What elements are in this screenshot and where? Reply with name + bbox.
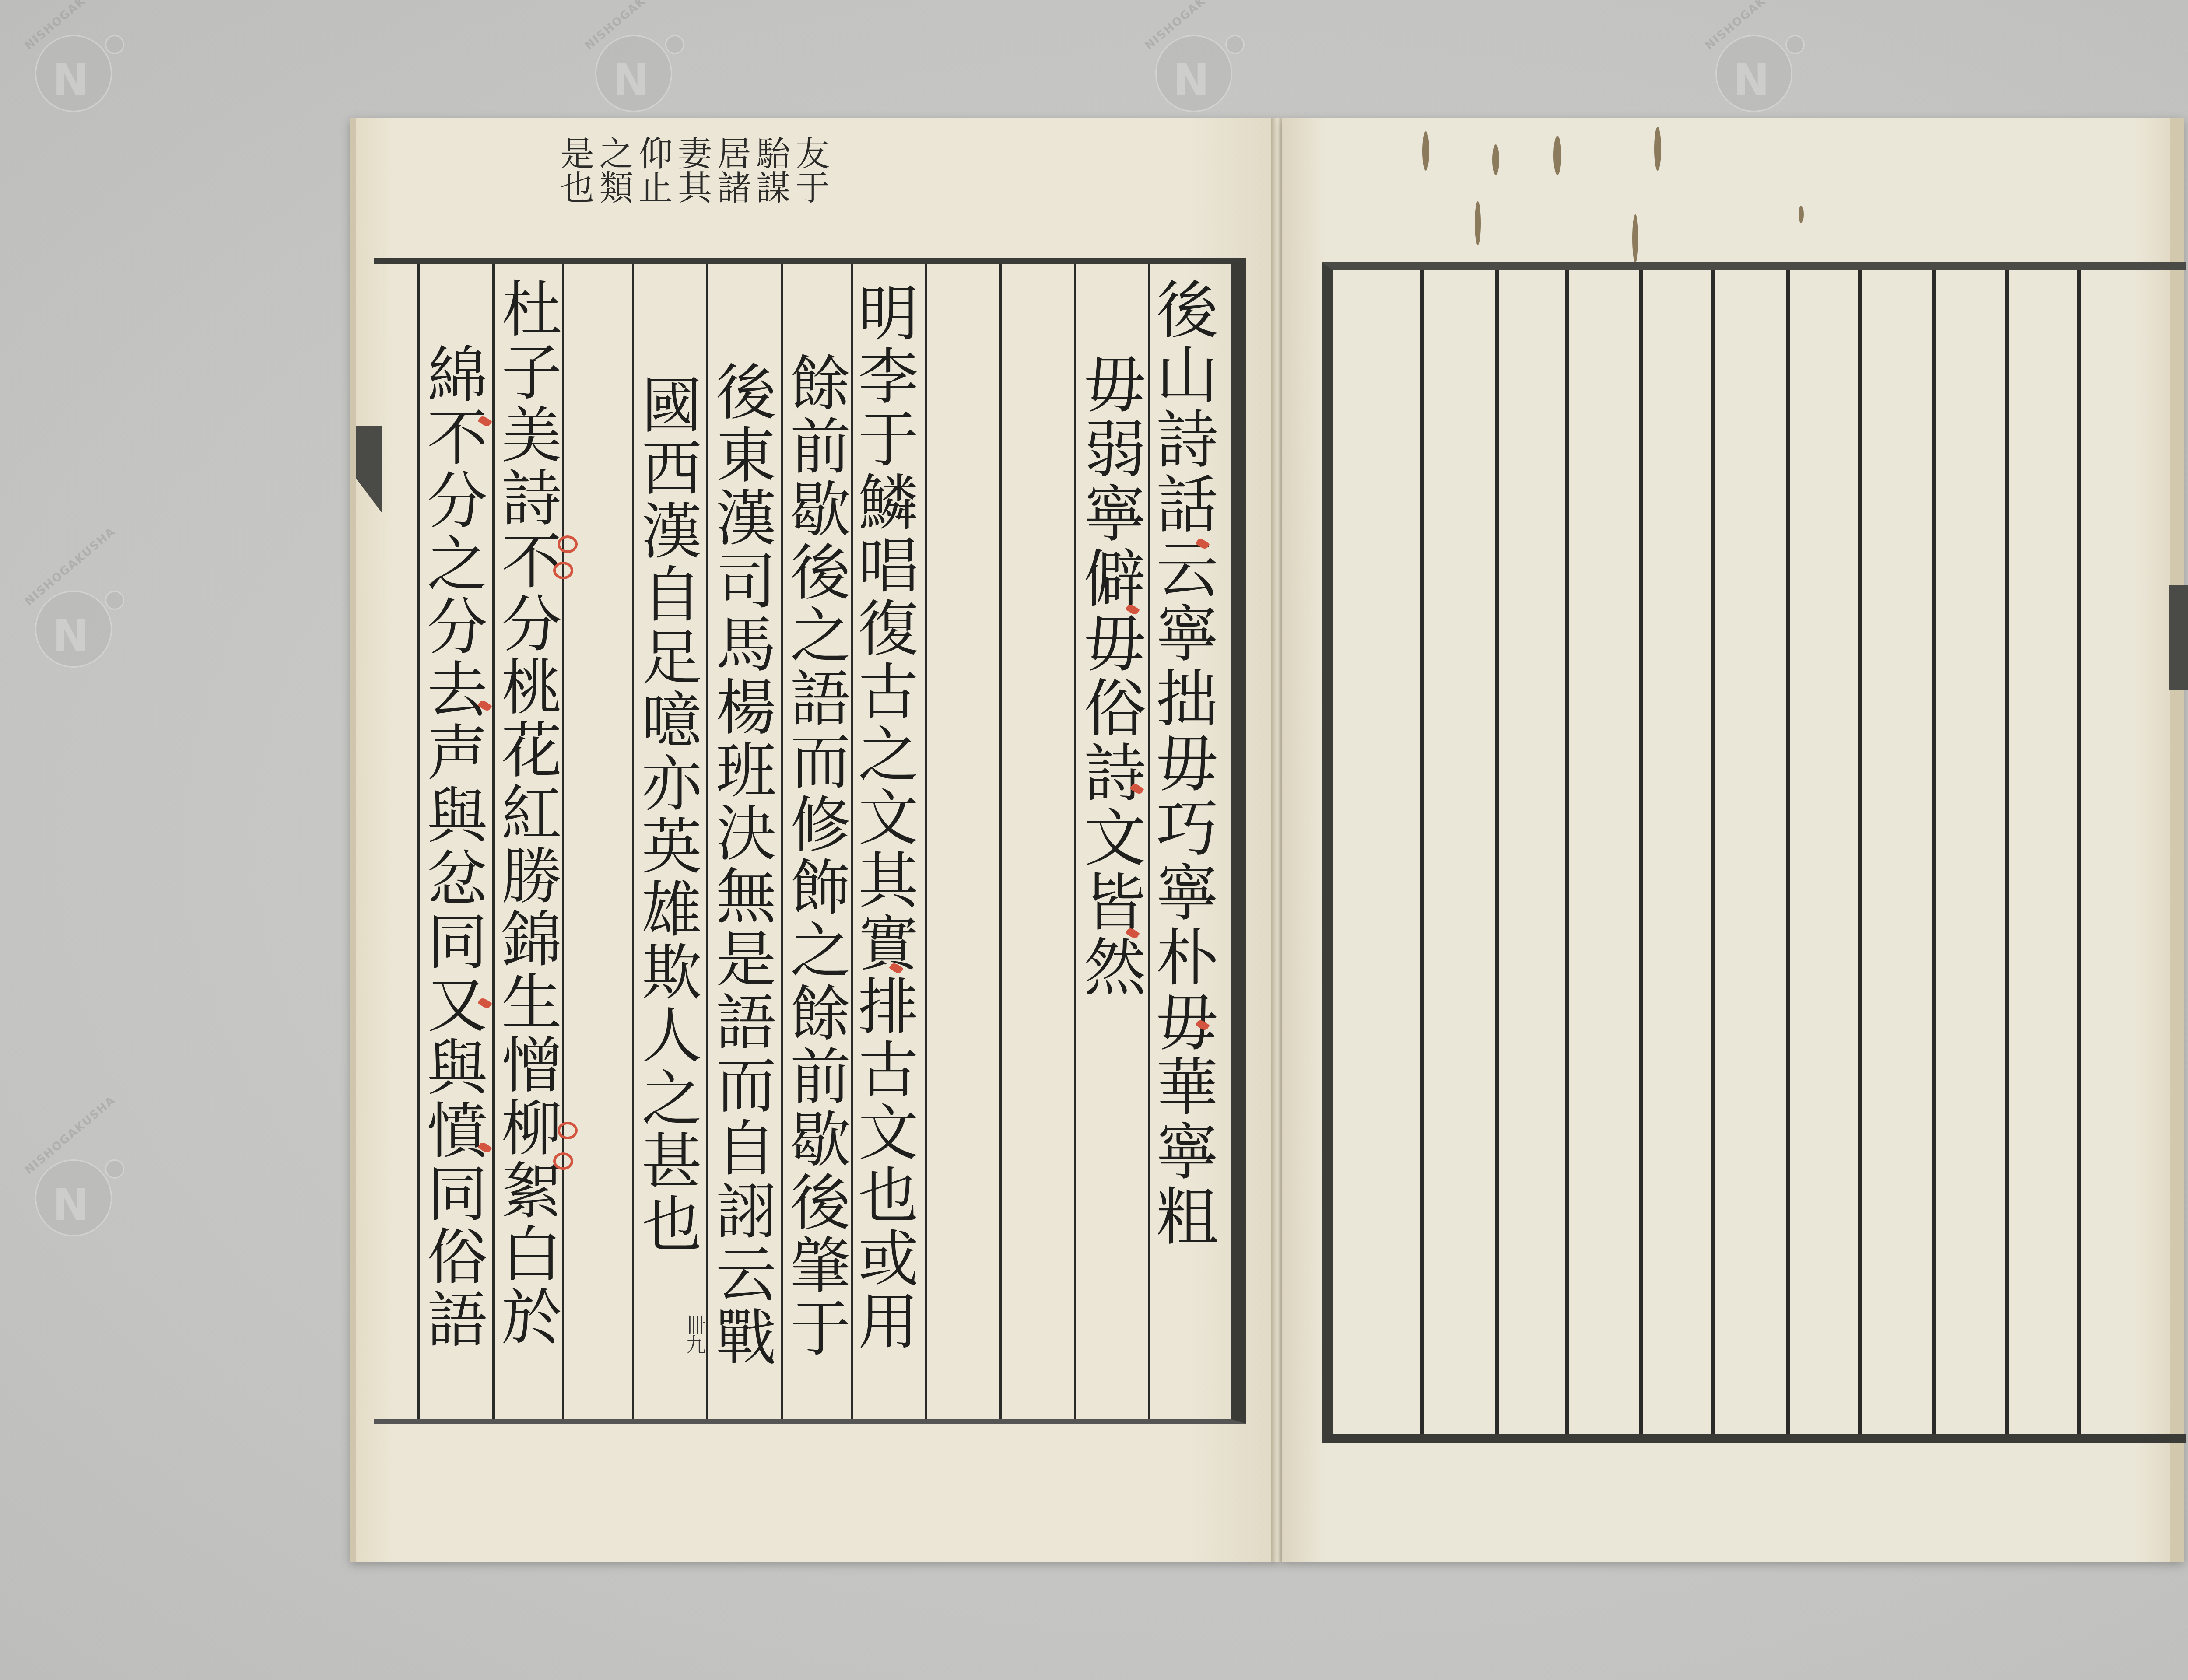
- wormhole: [1475, 201, 1481, 245]
- top-marginalia: 友于 駘謀 居諸 妻其 仰止 之類 是也: [554, 136, 829, 204]
- wormhole: [1799, 206, 1804, 223]
- text-column-2: 毋弱寧僻毋俗詩文皆然: [1078, 352, 1140, 999]
- column-rule: [1420, 270, 1424, 1434]
- text-column-6: 國西漢自足噫亦英雄欺人之甚也: [636, 374, 697, 1256]
- watermark-logo: NNISHOGAKUSHA: [18, 1137, 118, 1238]
- red-annotation-circle: [558, 1122, 578, 1139]
- watermark-logo: NNISHOGAKUSHA: [18, 13, 118, 114]
- column-rule: [925, 264, 927, 1419]
- text-frame: 後山詩話云寧拙毋巧寧朴毋華寧粗 毋弱寧僻毋俗詩文皆然 明李于鱗唱復古之文其實排古…: [374, 258, 1246, 1424]
- fishtail-block: [356, 426, 382, 514]
- left-page: 友于 駘謀 居諸 妻其 仰止 之類 是也 後山詩話云寧拙毋巧寧朴毋華寧粗 毋弱寧…: [350, 118, 1280, 1562]
- column-rule: [1639, 270, 1643, 1434]
- wormhole: [1553, 136, 1561, 175]
- column-rule: [999, 264, 1002, 1419]
- fishtail-block: [2169, 585, 2188, 690]
- page-number: 卌九: [680, 1314, 709, 1354]
- watermark-logo: NNISHOGAKUSHA: [578, 13, 678, 114]
- red-annotation-circle: [558, 535, 578, 553]
- wormhole: [1422, 131, 1429, 171]
- right-page: [1282, 118, 2184, 1562]
- column-rule: [1786, 270, 1790, 1434]
- column-rule: [1495, 270, 1499, 1434]
- column-rule: [2077, 270, 2081, 1434]
- text-column-4: 餘前歇後之語而修飾之餘前歇後肇于: [785, 352, 845, 1360]
- column-rule: [1565, 270, 1569, 1434]
- column-rule: [1932, 270, 1936, 1434]
- ruled-frame: [1322, 262, 2186, 1443]
- column-rule: [2005, 270, 2009, 1434]
- column-rule: [1711, 270, 1715, 1434]
- book-spine: [1271, 118, 1283, 1562]
- red-annotation-circle: [553, 562, 573, 579]
- text-column-1: 後山詩話云寧拙毋巧寧朴毋華寧粗: [1150, 277, 1213, 1249]
- watermark-logo: NNISHOGAKUSHA: [1698, 13, 1799, 114]
- text-column-5: 後東漢司馬楊班決無是語而自詡云戰: [711, 360, 771, 1368]
- text-column-7: 杜子美詩不分桃花紅勝錦生憎柳絮白於: [496, 277, 557, 1348]
- watermark-logo: NNISHOGAKUSHA: [18, 569, 118, 669]
- red-annotation-circle: [553, 1152, 573, 1170]
- column-rule: [562, 264, 564, 1419]
- open-book: 友于 駘謀 居諸 妻其 仰止 之類 是也 後山詩話云寧拙毋巧寧朴毋華寧粗 毋弱寧…: [350, 118, 2188, 1562]
- wormhole: [1492, 144, 1499, 175]
- column-rule: [1858, 270, 1862, 1434]
- text-column-8: 綿不分之分去声與忿同又與憤同俗語: [422, 343, 482, 1351]
- wormhole: [1632, 214, 1638, 262]
- watermark-logo: NNISHOGAKUSHA: [1138, 13, 1238, 114]
- wormhole: [1654, 127, 1661, 171]
- text-column-3: 明李于鱗唱復古之文其實排古文也或用: [853, 282, 913, 1353]
